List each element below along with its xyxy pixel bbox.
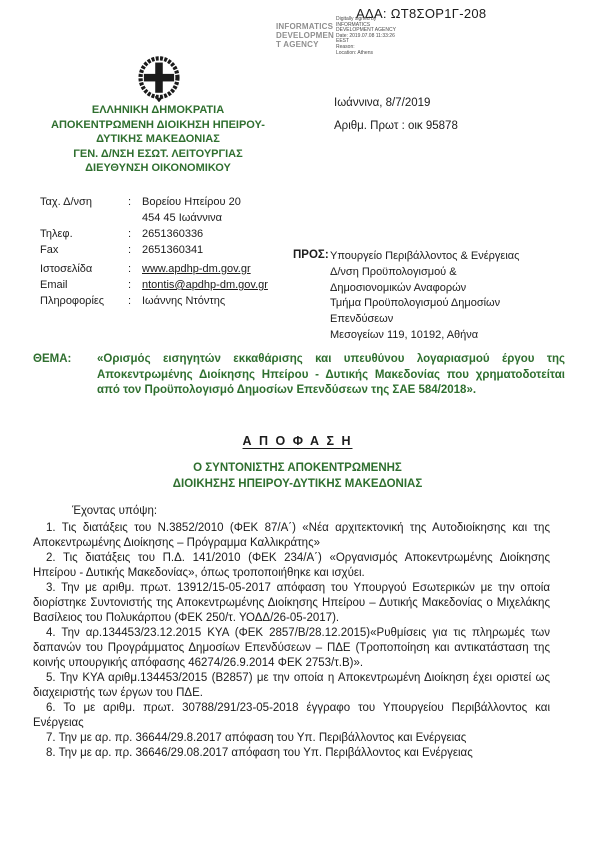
contact-value: 2651360336 — [142, 226, 203, 242]
decision-title: Α Π Ο Φ Α Σ Η — [0, 434, 595, 448]
consideration-item: 5. Την ΚΥΑ αριθμ.134453/2015 (Β2857) με … — [33, 671, 550, 701]
signature-stamp-agency: INFORMATICS DEVELOPMEN T AGENCY — [276, 22, 338, 49]
email-link[interactable]: ntontis@apdhp-dm.gov.gr — [142, 279, 268, 291]
contact-label: Πληροφορίες — [40, 293, 128, 309]
recipient-label: ΠΡΟΣ: — [293, 249, 329, 261]
recipient-line: Μεσογείων 119, 10192, Αθήνα — [330, 328, 560, 344]
contact-label: Fax — [40, 242, 128, 258]
subject-text: «Ορισμός εισηγητών εκκαθάρισης και υπευθ… — [97, 353, 565, 396]
contact-value: Ιωάννης Ντόντης — [142, 293, 225, 309]
org-line: ΕΛΛΗΝΙΚΗ ΔΗΜΟΚΡΑΤΙΑ — [8, 103, 308, 118]
contact-separator: : — [128, 293, 142, 309]
org-line: ΔΙΕΥΘΥΝΣΗ ΟΙΚΟΝΟΜΙΚΟΥ — [8, 161, 308, 176]
contact-separator: : — [128, 242, 142, 258]
website-link[interactable]: www.apdhp-dm.gov.gr — [142, 263, 251, 275]
recipient-line: Δ/νση Προϋπολογισμού & — [330, 265, 560, 281]
stamp-agency-line: INFORMATICS — [276, 22, 338, 31]
contact-row-info-person: Πληροφορίες : Ιωάννης Ντόντης — [40, 293, 268, 309]
consideration-item: 8. Την με αρ. πρ. 36646/29.08.2017 απόφα… — [33, 746, 550, 761]
subject-paragraph: ΘΕΜΑ: «Ορισμός εισηγητών εκκαθάρισης και… — [33, 352, 565, 399]
contact-separator: : — [128, 194, 142, 210]
org-line: ΑΠΟΚΕΝΤΡΩΜΕΝΗ ΔΙΟΙΚΗΣΗ ΗΠΕΙΡΟΥ- — [8, 118, 308, 133]
contact-row-phone: Τηλεφ. : 2651360336 — [40, 226, 268, 242]
contact-row-website: Ιστοσελίδα : www.apdhp-dm.gov.gr — [40, 261, 268, 277]
recipient-line: Επενδύσεων — [330, 312, 560, 328]
contact-block: Ταχ. Δ/νση : Βορείου Ηπείρου 20 454 45 Ι… — [40, 194, 268, 309]
recipient-block: Υπουργείο Περιβάλλοντος & Ενέργειας Δ/νσ… — [330, 249, 560, 344]
organization-header: ΕΛΛΗΝΙΚΗ ΔΗΜΟΚΡΑΤΙΑ ΑΠΟΚΕΝΤΡΩΜΕΝΗ ΔΙΟΙΚΗ… — [8, 103, 308, 176]
stamp-agency-line: T AGENCY — [276, 40, 338, 49]
consideration-item: 7. Την με αρ. πρ. 36644/29.8.2017 απόφασ… — [33, 731, 550, 746]
protocol-number: Αριθμ. Πρωτ : οικ 95878 — [334, 120, 458, 132]
contact-value: Βορείου Ηπείρου 20 — [142, 194, 241, 210]
stamp-agency-line: DEVELOPMEN — [276, 31, 338, 40]
contact-label: Ταχ. Δ/νση — [40, 194, 128, 210]
org-line: ΓΕΝ. Δ/ΝΣΗ ΕΣΩΤ. ΛΕΙΤΟΥΡΓΙΑΣ — [8, 147, 308, 162]
place-date: Ιωάννινα, 8/7/2019 — [334, 97, 430, 109]
contact-row-address: Ταχ. Δ/νση : Βορείου Ηπείρου 20 — [40, 194, 268, 210]
contact-label: Ιστοσελίδα — [40, 261, 128, 277]
contact-value: 2651360341 — [142, 242, 203, 258]
recipient-line: Υπουργείο Περιβάλλοντος & Ενέργειας — [330, 249, 560, 265]
contact-row-fax: Fax : 2651360341 — [40, 242, 268, 258]
contact-separator: : — [128, 226, 142, 242]
contact-separator: : — [128, 261, 142, 277]
contact-row-email: Email : ntontis@apdhp-dm.gov.gr — [40, 277, 268, 293]
contact-separator: : — [128, 277, 142, 293]
preamble: Έχοντας υπόψη: — [72, 505, 157, 517]
org-line: ΔΥΤΙΚΗΣ ΜΑΚΕΔΟΝΙΑΣ — [8, 132, 308, 147]
recipient-line: Τμήμα Προϋπολογισμού Δημοσίων — [330, 296, 560, 312]
consideration-item: 1. Τις διατάξεις του Ν.3852/2010 (ΦΕΚ 87… — [33, 521, 550, 551]
consideration-item: 3. Την με αριθμ. πρωτ. 13912/15-05-2017 … — [33, 581, 550, 626]
considerations-list: 1. Τις διατάξεις του Ν.3852/2010 (ΦΕΚ 87… — [33, 521, 550, 761]
contact-address-line2: 454 45 Ιωάννινα — [142, 210, 268, 226]
contact-label: Email — [40, 277, 128, 293]
recipient-line: Δημοσιονομικών Αναφορών — [330, 281, 560, 297]
decider-line: ΔΙΟΙΚΗΣΗΣ ΗΠΕΙΡΟΥ-ΔΥΤΙΚΗΣ ΜΑΚΕΔΟΝΙΑΣ — [0, 476, 595, 492]
signature-stamp-details: Digitally signed by INFORMATICS DEVELOPM… — [336, 17, 431, 56]
stamp-detail-line: Location: Athens — [336, 51, 431, 57]
subject-label: ΘΕΜΑ: — [33, 352, 71, 368]
contact-label: Τηλεφ. — [40, 226, 128, 242]
consideration-item: 2. Τις διατάξεις του Π.Δ. 141/2010 (ΦΕΚ … — [33, 551, 550, 581]
consideration-item: 4. Την αρ.134453/23.12.2015 ΚΥΑ (ΦΕΚ 285… — [33, 626, 550, 671]
decider-heading: Ο ΣΥΝΤΟΝΙΣΤΗΣ ΑΠΟΚΕΝΤΡΩΜΕΝΗΣ ΔΙΟΙΚΗΣΗΣ Η… — [0, 460, 595, 492]
decider-line: Ο ΣΥΝΤΟΝΙΣΤΗΣ ΑΠΟΚΕΝΤΡΩΜΕΝΗΣ — [0, 460, 595, 476]
consideration-item: 6. Το με αριθμ. πρωτ. 30788/291/23-05-20… — [33, 701, 550, 731]
document-page: ΑΔΑ: ΩΤ8ΣΟΡ1Γ-208 INFORMATICS DEVELOPMEN… — [0, 0, 595, 842]
greek-state-emblem-icon — [133, 55, 185, 102]
